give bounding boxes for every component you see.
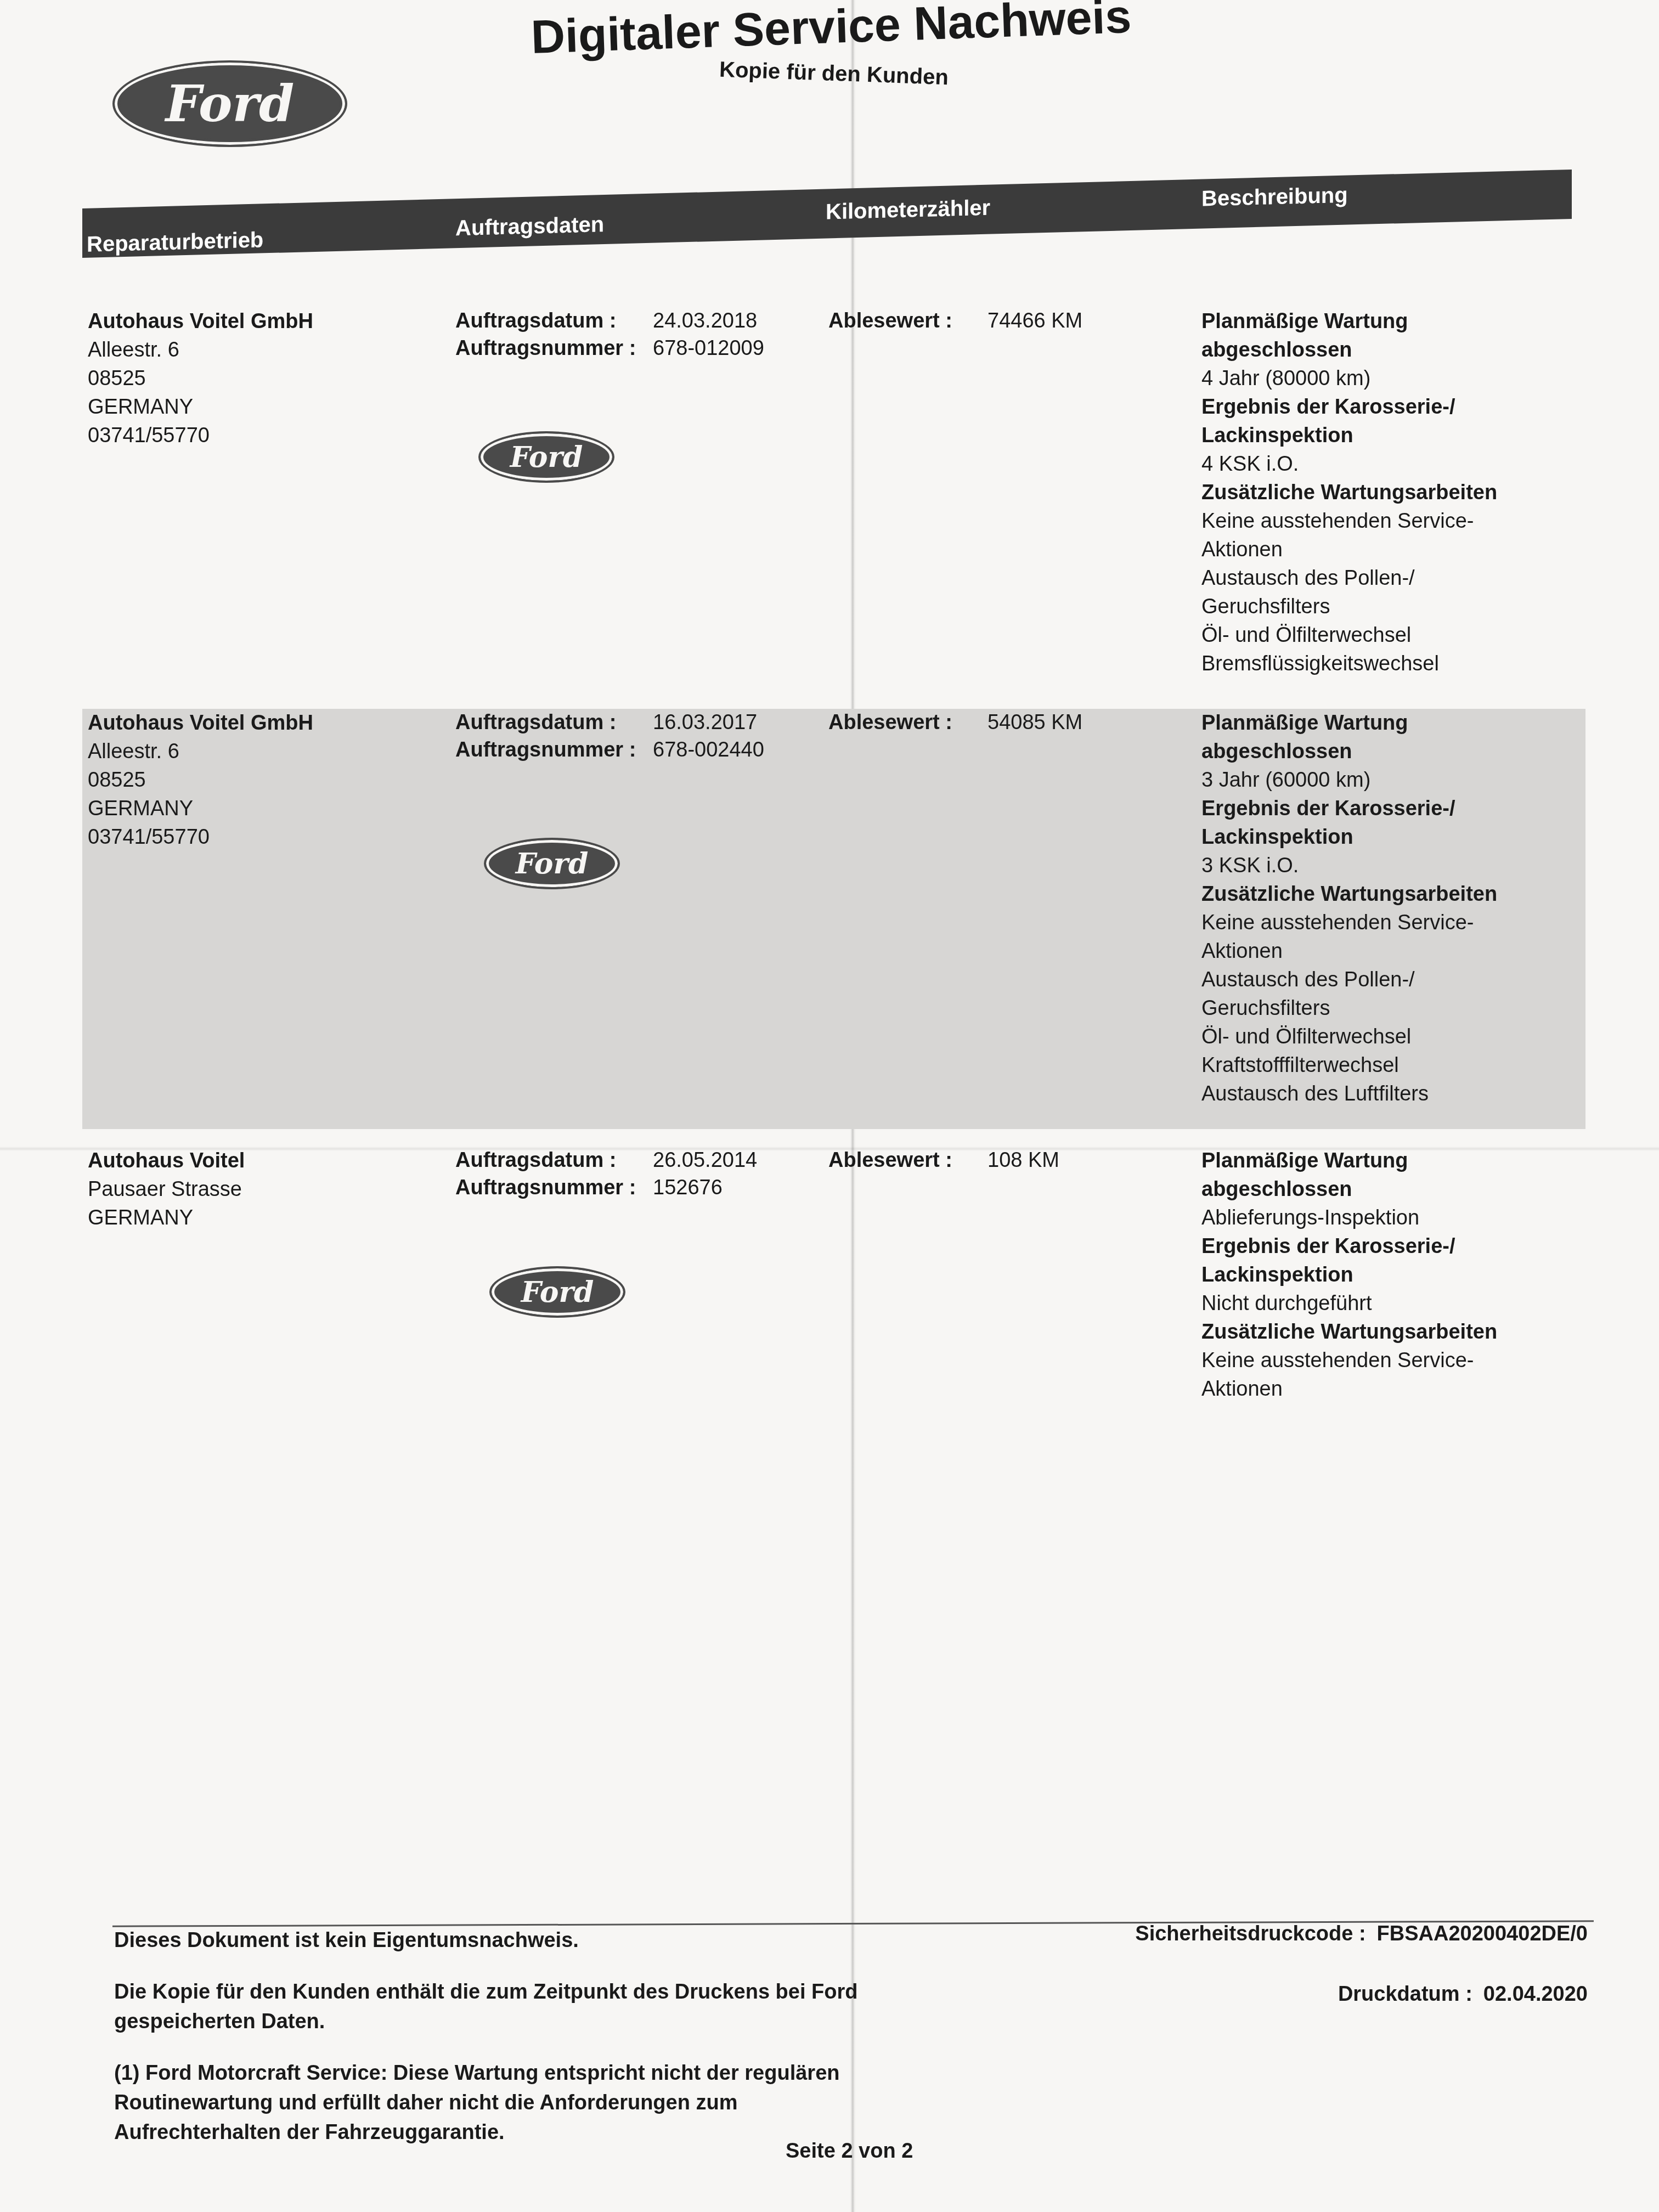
- order-number-value: 678-012009: [653, 335, 764, 362]
- footer-note: (1) Ford Motorcraft Service: Diese Wartu…: [114, 2058, 882, 2147]
- description-item: Aktionen: [1201, 535, 1497, 564]
- order-date: Auftragsdatum :26.05.2014: [455, 1147, 757, 1174]
- description-item: Geruchsfilters: [1201, 592, 1497, 621]
- order-date-value: 16.03.2017: [653, 709, 757, 736]
- service-record: Autohaus Voitel GmbHAlleestr. 608525GERM…: [82, 709, 1585, 1129]
- order-data: Auftragsdatum :26.05.2014Auftragsnummer …: [455, 1147, 757, 1201]
- ford-logo-text: Ford: [510, 441, 583, 474]
- description-heading: Planmäßige Wartung: [1201, 1147, 1497, 1175]
- description-item: Kraftstofffilterwechsel: [1201, 1051, 1497, 1080]
- description-item: 4 Jahr (80000 km): [1201, 364, 1497, 393]
- shop-address-line: GERMANY: [88, 794, 313, 823]
- order-date-value: 24.03.2018: [653, 307, 757, 335]
- ford-logo-icon: Ford: [112, 60, 347, 147]
- order-data: Auftragsdatum :24.03.2018Auftragsnummer …: [455, 307, 764, 362]
- order-date: Auftragsdatum :24.03.2018: [455, 307, 764, 335]
- shop-address-line: Pausaer Strasse: [88, 1175, 245, 1204]
- order-date-label: Auftragsdatum :: [455, 1147, 653, 1174]
- order-number-value: 678-002440: [653, 736, 764, 764]
- shop-address-line: 08525: [88, 766, 313, 794]
- shop-address-line: 03741/55770: [88, 823, 313, 851]
- footer-notes: Dieses Dokument ist kein Eigentumsnachwe…: [114, 1926, 882, 2169]
- order-number-label: Auftragsnummer :: [455, 1174, 653, 1201]
- print-date-value: 02.04.2020: [1483, 1980, 1588, 2008]
- description-heading: Ergebnis der Karosserie-/: [1201, 1232, 1497, 1261]
- description-heading: Ergebnis der Karosserie-/: [1201, 794, 1497, 823]
- order-number-label: Auftragsnummer :: [455, 736, 653, 764]
- shop-address-line: 08525: [88, 364, 313, 393]
- description-heading: Planmäßige Wartung: [1201, 709, 1497, 737]
- description-item: Nicht durchgeführt: [1201, 1289, 1497, 1318]
- service-record: Autohaus VoitelPausaer StrasseGERMANYAuf…: [82, 1147, 1585, 1531]
- odometer-reading: Ablesewert :74466 KM: [828, 307, 1082, 335]
- shop-address-line: Alleestr. 6: [88, 737, 313, 766]
- description-item: Keine ausstehenden Service-: [1201, 909, 1497, 937]
- description-heading: Lackinspektion: [1201, 823, 1497, 851]
- description-item: 3 Jahr (60000 km): [1201, 766, 1497, 794]
- description-heading: Ergebnis der Karosserie-/: [1201, 393, 1497, 421]
- description-heading: abgeschlossen: [1201, 737, 1497, 766]
- shop-address: Autohaus Voitel GmbHAlleestr. 608525GERM…: [88, 307, 313, 450]
- odometer-label: Ablesewert :: [828, 709, 988, 736]
- odometer-data: Ablesewert :74466 KM: [828, 307, 1082, 335]
- odometer-label: Ablesewert :: [828, 1147, 988, 1174]
- footer-note: Die Kopie für den Kunden enthält die zum…: [114, 1977, 882, 2036]
- odometer-data: Ablesewert :108 KM: [828, 1147, 1059, 1174]
- order-data: Auftragsdatum :16.03.2017Auftragsnummer …: [455, 709, 764, 764]
- odometer-data: Ablesewert :54085 KM: [828, 709, 1082, 736]
- ford-logo-text: Ford: [516, 847, 589, 881]
- order-number: Auftragsnummer :152676: [455, 1174, 757, 1201]
- page-number: Seite 2 von 2: [786, 2140, 913, 2163]
- footer-note: Dieses Dokument ist kein Eigentumsnachwe…: [114, 1926, 882, 1955]
- ford-logo-icon: Ford: [484, 838, 620, 889]
- service-description: Planmäßige Wartungabgeschlossen3 Jahr (6…: [1201, 709, 1497, 1108]
- description-item: Austausch des Pollen-/: [1201, 564, 1497, 592]
- description-item: Aktionen: [1201, 937, 1497, 966]
- odometer-value: 108 KM: [988, 1147, 1059, 1174]
- description-heading: Lackinspektion: [1201, 421, 1497, 450]
- description-item: Keine ausstehenden Service-: [1201, 507, 1497, 535]
- column-header-odometer: Kilometerzähler: [826, 196, 990, 225]
- order-number: Auftragsnummer :678-012009: [455, 335, 764, 362]
- description-item: Öl- und Ölfilterwechsel: [1201, 621, 1497, 650]
- odometer-value: 54085 KM: [988, 709, 1082, 736]
- shop-address-line: GERMANY: [88, 393, 313, 421]
- shop-name: Autohaus Voitel GmbH: [88, 709, 313, 737]
- description-heading: abgeschlossen: [1201, 1175, 1497, 1204]
- description-heading: Zusätzliche Wartungsarbeiten: [1201, 1318, 1497, 1346]
- odometer-reading: Ablesewert :54085 KM: [828, 709, 1082, 736]
- shop-address-line: GERMANY: [88, 1204, 245, 1232]
- description-item: Öl- und Ölfilterwechsel: [1201, 1023, 1497, 1051]
- document-title: Digitaler Service Nachweis: [501, 0, 1161, 66]
- print-date: Druckdatum : 02.04.2020: [1135, 1980, 1588, 2008]
- table-header: Reparaturbetrieb Auftragsdaten Kilometer…: [82, 170, 1572, 258]
- column-header-shop: Reparaturbetrieb: [87, 228, 263, 257]
- odometer-label: Ablesewert :: [828, 307, 988, 335]
- shop-name: Autohaus Voitel GmbH: [88, 307, 313, 336]
- description-item: Austausch des Pollen-/: [1201, 966, 1497, 994]
- column-header-description: Beschreibung: [1201, 183, 1348, 212]
- ford-logo-icon: Ford: [478, 431, 614, 483]
- print-date-label: Druckdatum :: [1338, 1980, 1472, 2008]
- footer-meta: Sicherheitsdruckcode : FBSAA20200402DE/0…: [1135, 1920, 1588, 2041]
- description-item: Bremsflüssigkeitswechsel: [1201, 650, 1497, 678]
- shop-name: Autohaus Voitel: [88, 1147, 245, 1175]
- description-heading: Zusätzliche Wartungsarbeiten: [1201, 478, 1497, 507]
- description-heading: Lackinspektion: [1201, 1261, 1497, 1289]
- description-heading: Zusätzliche Wartungsarbeiten: [1201, 880, 1497, 909]
- description-item: 3 KSK i.O.: [1201, 851, 1497, 880]
- odometer-value: 74466 KM: [988, 307, 1082, 335]
- security-code: Sicherheitsdruckcode : FBSAA20200402DE/0: [1135, 1920, 1588, 1948]
- order-number-label: Auftragsnummer :: [455, 335, 653, 362]
- shop-address: Autohaus Voitel GmbHAlleestr. 608525GERM…: [88, 709, 313, 851]
- order-date-label: Auftragsdatum :: [455, 709, 653, 736]
- description-heading: abgeschlossen: [1201, 336, 1497, 364]
- order-date-label: Auftragsdatum :: [455, 307, 653, 335]
- security-code-label: Sicherheitsdruckcode :: [1135, 1920, 1365, 1948]
- description-heading: Planmäßige Wartung: [1201, 307, 1497, 336]
- shop-address-line: 03741/55770: [88, 421, 313, 450]
- order-number: Auftragsnummer :678-002440: [455, 736, 764, 764]
- description-item: Austausch des Luftfilters: [1201, 1080, 1497, 1108]
- description-item: 4 KSK i.O.: [1201, 450, 1497, 478]
- shop-address: Autohaus VoitelPausaer StrasseGERMANY: [88, 1147, 245, 1232]
- description-item: Keine ausstehenden Service-: [1201, 1346, 1497, 1375]
- order-date-value: 26.05.2014: [653, 1147, 757, 1174]
- order-number-value: 152676: [653, 1174, 723, 1201]
- document-subtitle: Kopie für den Kunden: [641, 55, 1026, 93]
- description-item: Ablieferungs-Inspektion: [1201, 1204, 1497, 1232]
- description-item: Aktionen: [1201, 1375, 1497, 1403]
- service-description: Planmäßige Wartungabgeschlossen4 Jahr (8…: [1201, 307, 1497, 678]
- ford-logo-icon: Ford: [489, 1266, 625, 1318]
- service-description: Planmäßige WartungabgeschlossenAblieferu…: [1201, 1147, 1497, 1403]
- odometer-reading: Ablesewert :108 KM: [828, 1147, 1059, 1174]
- column-header-order: Auftragsdaten: [455, 212, 604, 241]
- security-code-value: FBSAA20200402DE/0: [1377, 1920, 1588, 1948]
- order-date: Auftragsdatum :16.03.2017: [455, 709, 764, 736]
- service-record: Autohaus Voitel GmbHAlleestr. 608525GERM…: [82, 307, 1585, 691]
- shop-address-line: Alleestr. 6: [88, 336, 313, 364]
- ford-logo-text: Ford: [521, 1276, 594, 1309]
- description-item: Geruchsfilters: [1201, 994, 1497, 1023]
- ford-logo-text: Ford: [166, 74, 294, 133]
